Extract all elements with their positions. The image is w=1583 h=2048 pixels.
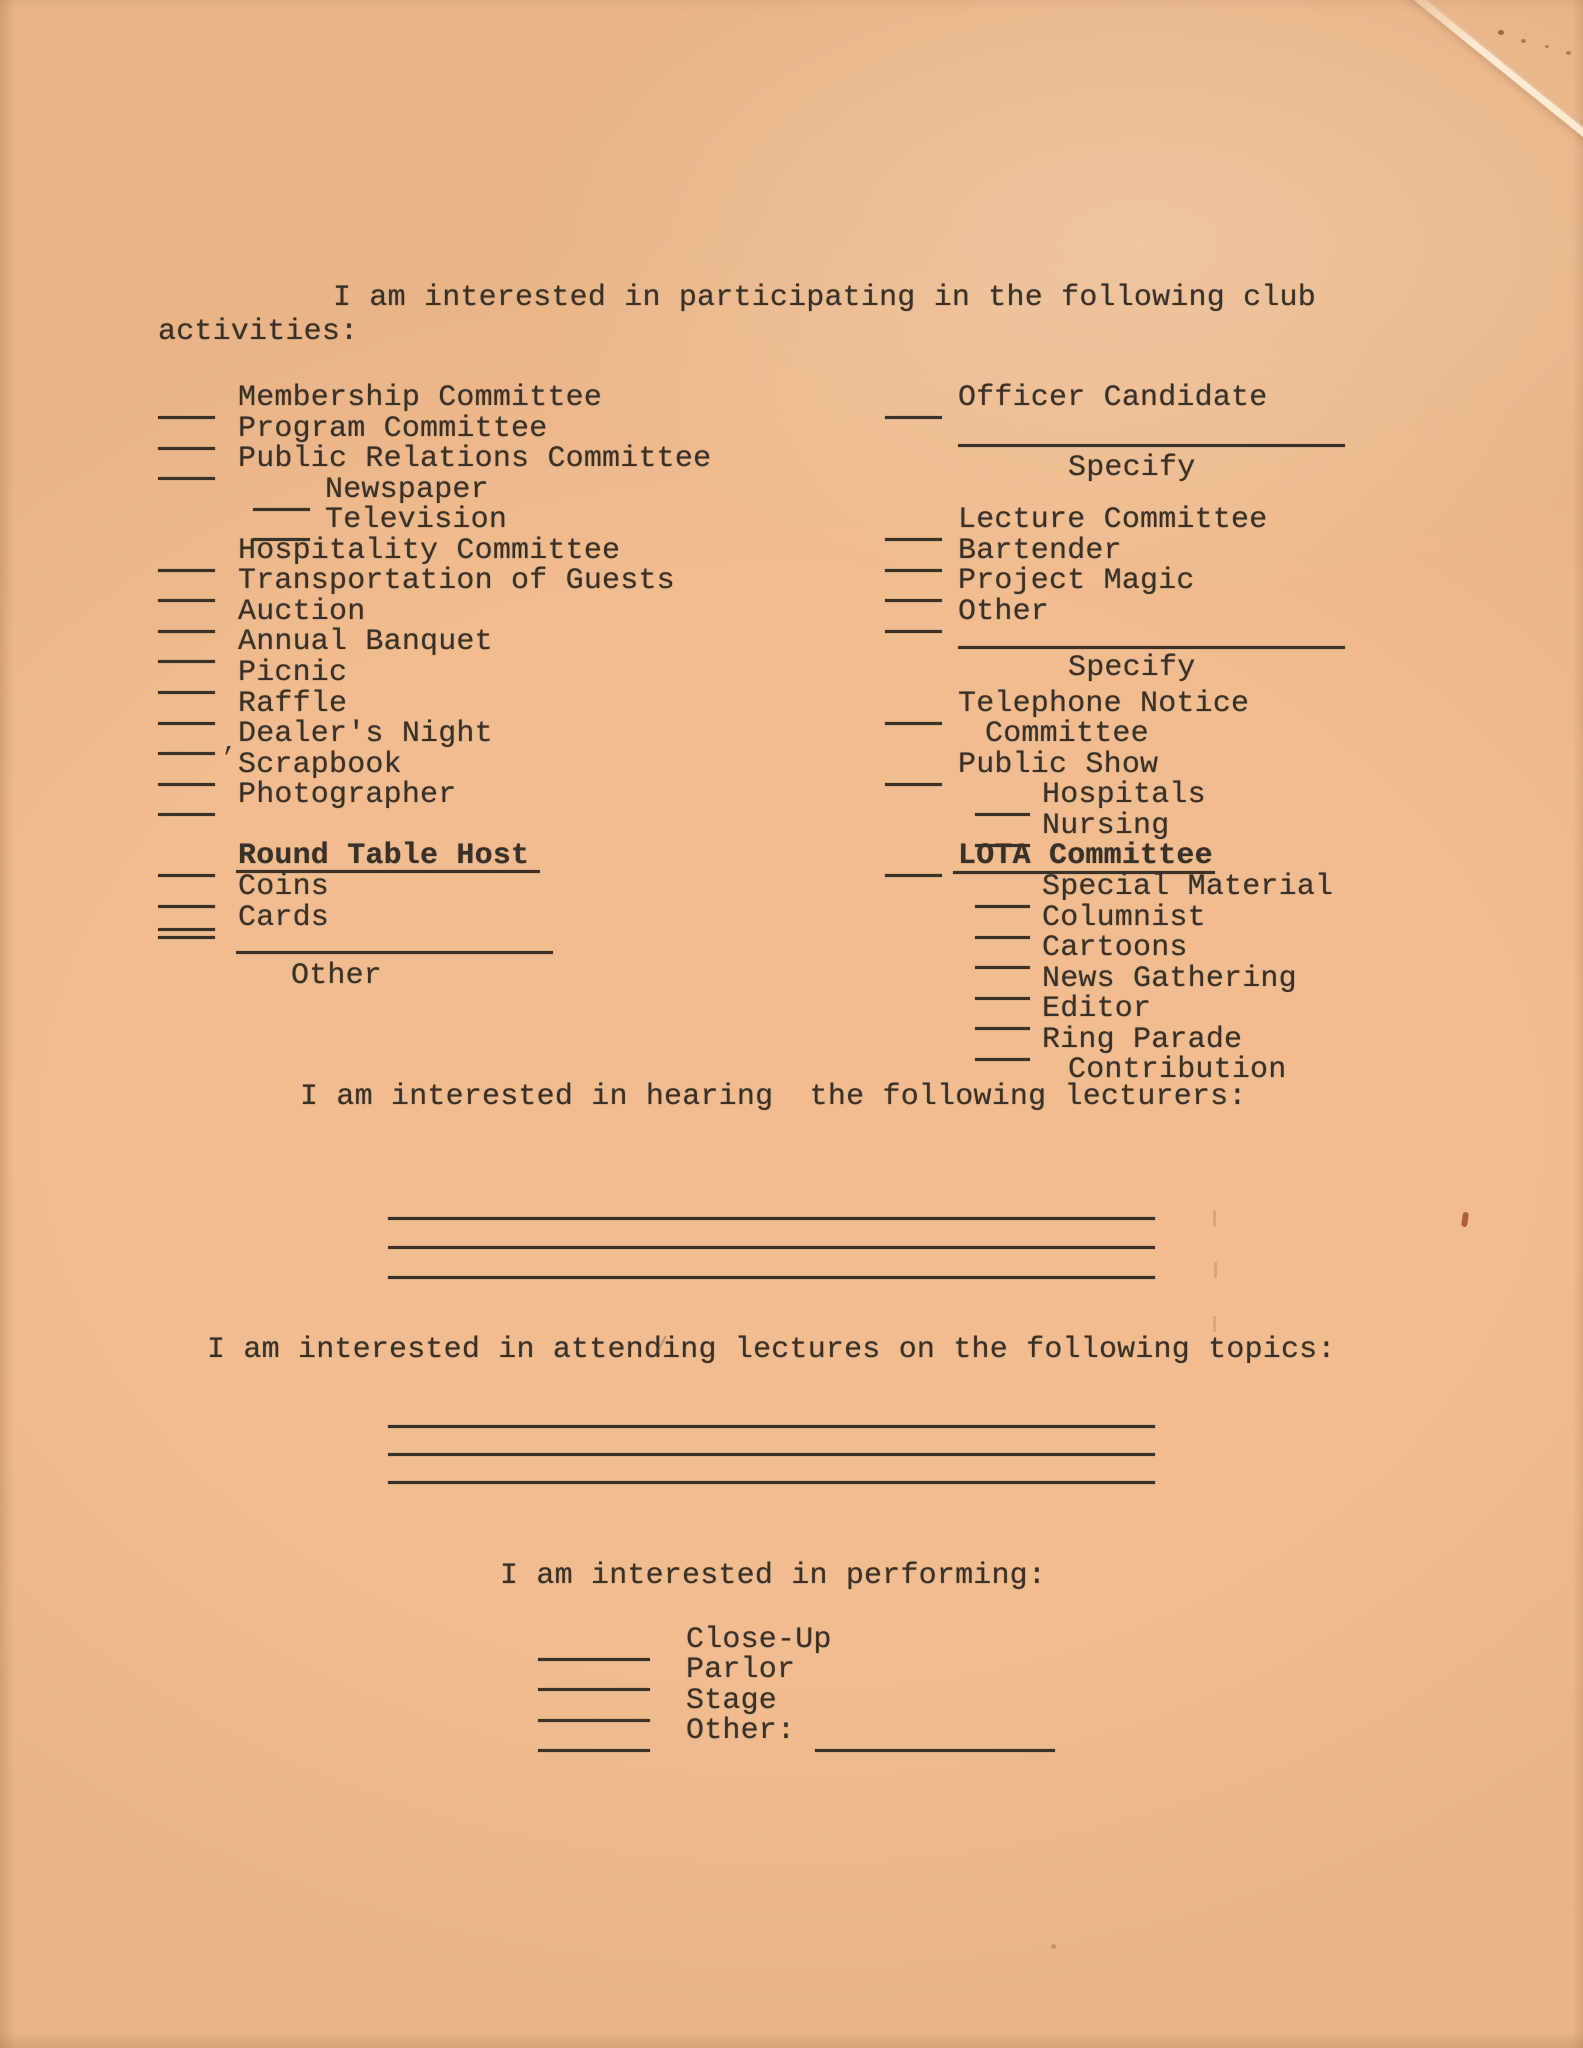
checkbox-row-annual-banquet: Annual Banquet — [158, 627, 493, 657]
checkbox-row-hospitals: Hospitals — [975, 780, 1206, 810]
item-label: Hospitality Committee — [238, 536, 620, 566]
checkbox-row-raffle: Raffle — [158, 689, 347, 719]
item-label: Officer Candidate — [958, 383, 1267, 413]
topics-write-in-line-1 — [388, 1425, 1155, 1428]
checkbox-row-membership-committee: Membership Committee — [158, 383, 602, 413]
checkbox-row-parlor: Parlor — [538, 1655, 795, 1685]
checkbox-row-round-table-host: Round Table Host — [158, 841, 529, 871]
item-label: Annual Banquet — [238, 627, 493, 657]
item-label: Transportation of Guests — [238, 566, 675, 596]
item-label: Public Relations Committee — [238, 444, 711, 474]
checkbox-row-project-magic: Project Magic — [885, 566, 1195, 596]
specify-write-in-line-2 — [958, 646, 1345, 649]
item-label: News Gathering — [1042, 964, 1297, 994]
specify-label-1: Specify — [1068, 453, 1195, 483]
specify-label-2: Specify — [1068, 653, 1195, 683]
lecturers-write-in-line-3 — [388, 1276, 1155, 1279]
paper-speck — [1521, 39, 1526, 43]
item-label: Telephone Notice — [958, 689, 1249, 719]
stray-ink-mark: , — [222, 728, 238, 758]
checkbox-row-stage: Stage — [538, 1686, 777, 1716]
fill-in-blank — [538, 1749, 650, 1752]
faint-smudge — [1213, 1210, 1216, 1226]
item-label: Program Committee — [238, 414, 547, 444]
item-label: Parlor — [686, 1655, 795, 1685]
checkbox-row-telephone-notice-committee: Telephone Notice — [885, 689, 1249, 719]
item-label: Television — [325, 505, 507, 535]
paper-speck — [1566, 51, 1571, 55]
fill-in-blank — [885, 874, 942, 877]
paper-speck — [1051, 1944, 1056, 1949]
other-label-left: Other — [291, 961, 382, 991]
checkbox-row-picnic: Picnic — [158, 658, 347, 688]
lecturers-write-in-line-1 — [388, 1217, 1155, 1220]
checkbox-row-nursing: Nursing — [975, 811, 1169, 841]
checkbox-row-ring-parade: Ring Parade — [975, 1025, 1242, 1055]
item-label: Newspaper — [325, 475, 489, 505]
topics-write-in-line-3 — [388, 1481, 1155, 1484]
item-label: Close-Up — [686, 1625, 832, 1655]
item-label: Project Magic — [958, 566, 1195, 596]
checkbox-row-bartender: Bartender — [885, 536, 1122, 566]
item-label: Auction — [238, 597, 365, 627]
checkbox-row-other-right: Other — [885, 597, 1049, 627]
checkbox-row-other-performing: Other: — [538, 1716, 795, 1746]
checkbox-row-coins: Coins — [158, 872, 329, 902]
checkbox-row-editor: Editor — [975, 994, 1151, 1024]
item-label: Bartender — [958, 536, 1122, 566]
item-label: Special Material — [1042, 872, 1333, 902]
item-label: Round Table Host — [238, 841, 529, 871]
item-label: Stage — [686, 1686, 777, 1716]
item-label: Editor — [1042, 994, 1151, 1024]
fill-in-blank — [885, 783, 942, 786]
item-label: Columnist — [1042, 903, 1206, 933]
intro-heading-line1: I am interested in participating in the … — [333, 283, 1316, 313]
fill-in-blank — [158, 477, 215, 480]
fill-in-blank — [158, 936, 215, 939]
checkbox-row-public-show: Public Show — [885, 750, 1158, 780]
item-label: Coins — [238, 872, 329, 902]
checkbox-row-scrapbook: Scrapbook — [158, 750, 402, 780]
fill-in-blank — [885, 416, 942, 419]
checkbox-row-program-committee: Program Committee — [158, 414, 547, 444]
checkbox-row-photographer: Photographer — [158, 780, 456, 810]
item-label: Nursing — [1042, 811, 1169, 841]
item-label: Lecture Committee — [958, 505, 1267, 535]
lecturers-write-in-line-2 — [388, 1246, 1155, 1249]
intro-heading-line2: activities: — [158, 317, 358, 347]
paper-speck — [1545, 45, 1549, 48]
item-label: Picnic — [238, 658, 347, 688]
item-label: LOTA Committee — [958, 841, 1213, 871]
item-label: Scrapbook — [238, 750, 402, 780]
item-label: Raffle — [238, 689, 347, 719]
item-label: Other — [958, 597, 1049, 627]
checkbox-row-close-up: Close-Up — [538, 1625, 832, 1655]
checkbox-row-lecture-committee: Lecture Committee — [885, 505, 1267, 535]
faint-smudge — [1213, 1316, 1216, 1332]
checkbox-row-newspaper: Newspaper — [253, 475, 489, 505]
performing-heading: I am interested in performing: — [500, 1561, 1046, 1591]
checkbox-row-public-relations-committee: Public Relations Committee — [158, 444, 711, 474]
item-label: Hospitals — [1042, 780, 1206, 810]
fill-in-blank — [158, 813, 215, 816]
lecturers-heading: I am interested in hearing the following… — [300, 1082, 1247, 1112]
fill-in-blank — [158, 928, 215, 931]
other-write-in-line-left — [236, 951, 553, 954]
other-performing-write-in-line — [815, 1749, 1055, 1752]
item-label: Ring Parade — [1042, 1025, 1242, 1055]
checkbox-row-television: Television — [253, 505, 507, 535]
checkbox-row-columnist: Columnist — [975, 903, 1206, 933]
paper-crease — [1384, 0, 1583, 215]
red-ink-mark — [1461, 1212, 1469, 1228]
checkbox-row-auction: Auction — [158, 597, 365, 627]
checkbox-row-cartoons: Cartoons — [975, 933, 1188, 963]
paper-speck — [1498, 30, 1504, 35]
item-label: Cards — [238, 903, 329, 933]
fill-in-blank — [975, 1058, 1030, 1061]
specify-write-in-line-1 — [958, 444, 1345, 447]
checkbox-row-news-gathering: News Gathering — [975, 964, 1297, 994]
topics-write-in-line-2 — [388, 1453, 1155, 1456]
item-label: Membership Committee — [238, 383, 602, 413]
scanned-form-page: I am interested in participating in the … — [0, 0, 1583, 2048]
fill-in-blank — [885, 722, 942, 725]
checkbox-row-officer-candidate: Officer Candidate — [885, 383, 1267, 413]
faint-smudge — [1214, 1262, 1217, 1278]
telephone-notice-wrap-label: Committee — [985, 719, 1149, 749]
topics-heading: I am interested in attending lectures on… — [207, 1335, 1336, 1365]
item-label: Photographer — [238, 780, 456, 810]
item-label: Other: — [686, 1716, 795, 1746]
item-label: Dealer's Night — [238, 719, 493, 749]
item-label: Cartoons — [1042, 933, 1188, 963]
checkbox-row-special-material: Special Material — [975, 872, 1333, 902]
item-label: Public Show — [958, 750, 1158, 780]
fill-in-blank — [885, 630, 942, 633]
checkbox-row-transportation-of-guests: Transportation of Guests — [158, 566, 675, 596]
checkbox-row-dealers-night: Dealer's Night — [158, 719, 493, 749]
checkbox-row-hospitality-committee: Hospitality Committee — [158, 536, 620, 566]
checkbox-row-lota-committee: LOTA Committee — [885, 841, 1213, 871]
